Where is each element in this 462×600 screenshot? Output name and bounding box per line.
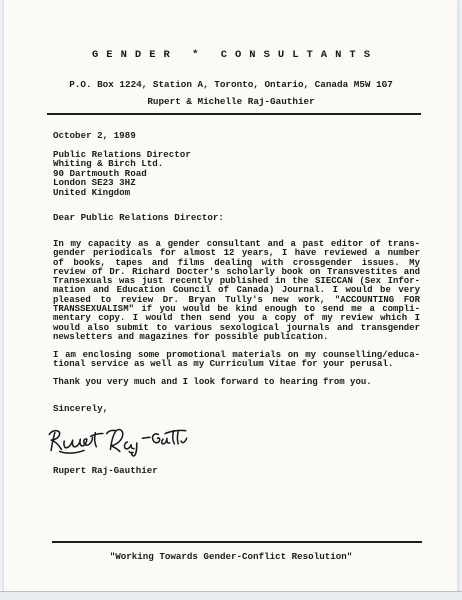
letterhead-names: Rupert & Michelle Raj-Gauthier <box>0 96 462 107</box>
body-paragraph-1: In my capacity as a gender consultant an… <box>53 240 420 342</box>
letter-date: October 2, 1989 <box>53 131 136 140</box>
footer-rule <box>52 541 422 543</box>
scan-edge-bottom <box>0 591 462 600</box>
closing: Sincerely, <box>53 404 108 413</box>
typed-signature-name: Rupert Raj-Gauthier <box>53 466 158 475</box>
letterhead-title: GENDER * CONSULTANTS <box>0 49 462 61</box>
letterhead-rule <box>47 113 421 115</box>
salutation: Dear Public Relations Director: <box>53 213 224 222</box>
recipient-address-block: Public Relations DirectorWhiting & Birch… <box>53 150 353 197</box>
handwritten-signature <box>45 426 189 458</box>
body-paragraph-2: I am enclosing some promotional material… <box>53 351 420 370</box>
body-paragraph-3: Thank you very much and I look forward t… <box>53 378 420 387</box>
letterhead-address: P.O. Box 1224, Station A, Toronto, Ontar… <box>0 79 462 90</box>
footer-slogan: "Working Towards Gender-Conflict Resolut… <box>0 551 462 562</box>
